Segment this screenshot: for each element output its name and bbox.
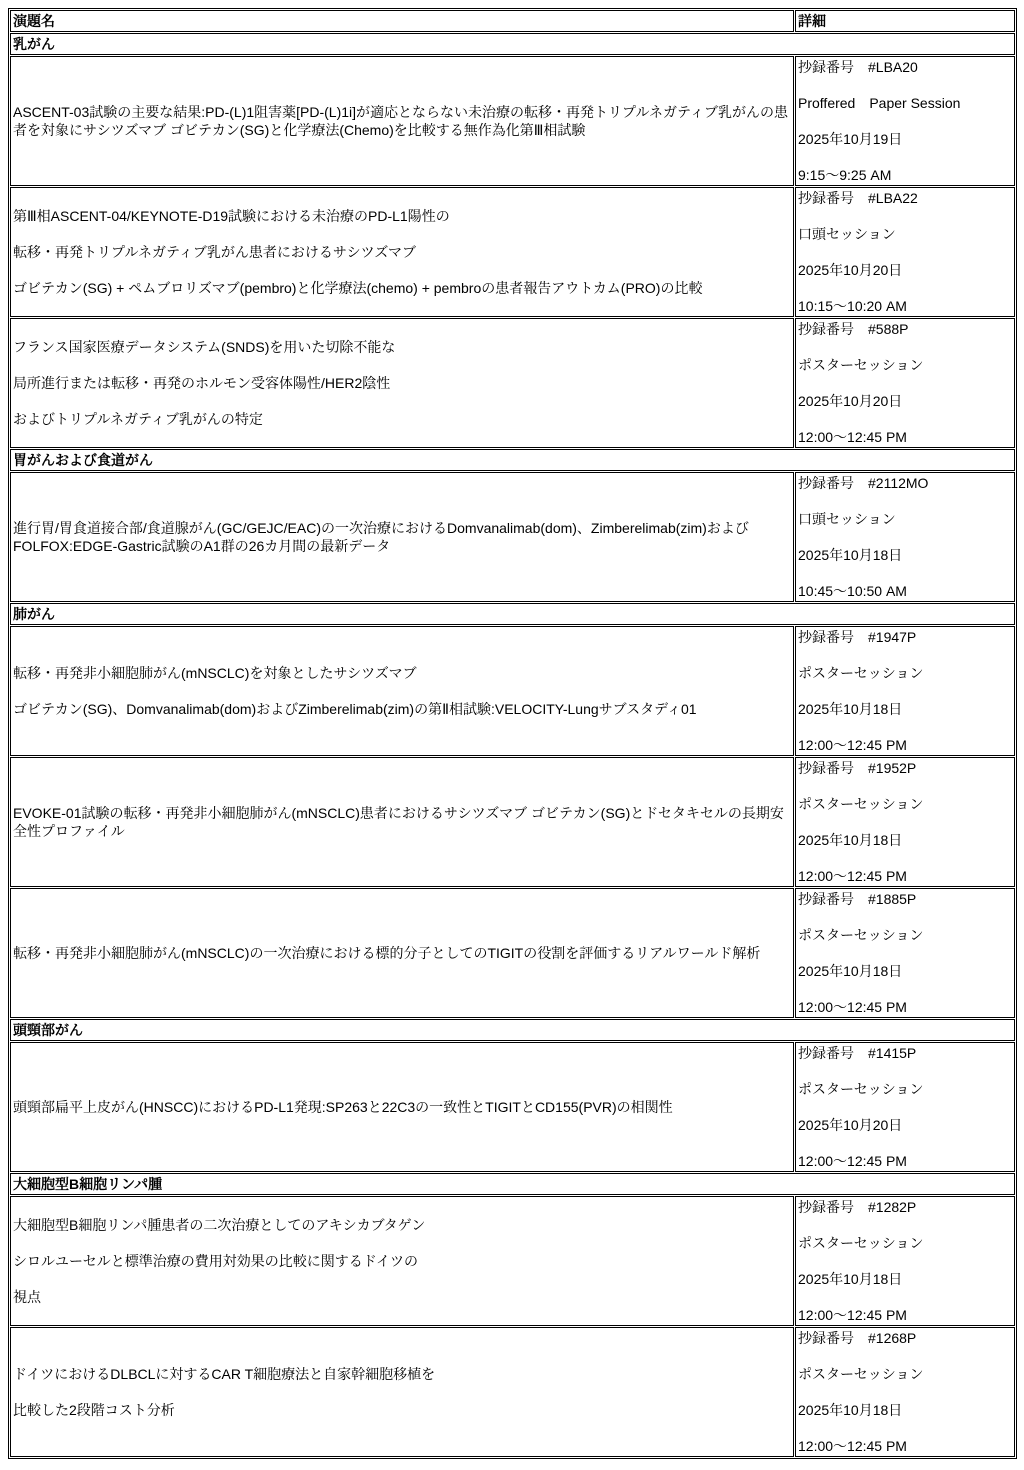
presentation-title: 転移・再発非小細胞肺がん(mNSCLC)の一次治療における標的分子としてのTIG… bbox=[10, 888, 794, 1018]
session-date: 2025年10月18日 bbox=[798, 1401, 1012, 1419]
presentation-details: 抄録番号 #1952Pポスターセッション2025年10月18日12:00〜12:… bbox=[795, 757, 1015, 887]
table-row: EVOKE-01試験の転移・再発非小細胞肺がん(mNSCLC)患者におけるサシツ… bbox=[10, 757, 1015, 887]
session-time: 12:00〜12:45 PM bbox=[798, 1152, 1012, 1170]
session-date: 2025年10月18日 bbox=[798, 700, 1012, 718]
session-time: 12:00〜12:45 PM bbox=[798, 1437, 1012, 1455]
section-header: 胃がんおよび食道がん bbox=[10, 449, 1015, 471]
session-type: 口頭セッション bbox=[798, 510, 1012, 528]
session-time: 12:00〜12:45 PM bbox=[798, 428, 1012, 446]
session-time: 12:00〜12:45 PM bbox=[798, 736, 1012, 754]
session-date: 2025年10月18日 bbox=[798, 962, 1012, 980]
presentation-details: 抄録番号 #1415Pポスターセッション2025年10月20日12:00〜12:… bbox=[795, 1042, 1015, 1172]
presentation-title: ASCENT-03試験の主要な結果:PD-(L)1阻害薬[PD-(L)1i]が適… bbox=[10, 56, 794, 186]
session-date: 2025年10月19日 bbox=[798, 130, 1012, 148]
table-row: ASCENT-03試験の主要な結果:PD-(L)1阻害薬[PD-(L)1i]が適… bbox=[10, 56, 1015, 186]
session-type: 口頭セッション bbox=[798, 225, 1012, 243]
section-row: 乳がん bbox=[10, 33, 1015, 55]
session-type: Proffered Paper Session bbox=[798, 94, 1012, 112]
table-row: 頭頸部扁平上皮がん(HNSCC)におけるPD-L1発現:SP263と22C3の一… bbox=[10, 1042, 1015, 1172]
table-row: フランス国家医療データシステム(SNDS)を用いた切除不能な 局所進行または転移… bbox=[10, 318, 1015, 448]
session-time: 10:15〜10:20 AM bbox=[798, 297, 1012, 315]
abstract-table: 演題名 詳細 乳がんASCENT-03試験の主要な結果:PD-(L)1阻害薬[P… bbox=[8, 8, 1017, 1459]
session-date: 2025年10月20日 bbox=[798, 392, 1012, 410]
presentation-details: 抄録番号 #1947Pポスターセッション2025年10月18日12:00〜12:… bbox=[795, 626, 1015, 756]
session-date: 2025年10月20日 bbox=[798, 1116, 1012, 1134]
table-row: 大細胞型B細胞リンパ腫患者の二次治療としてのアキシカブタゲン シロルユーセルと標… bbox=[10, 1196, 1015, 1326]
section-header: 大細胞型B細胞リンパ腫 bbox=[10, 1173, 1015, 1195]
abstract-number: 抄録番号 #1885P bbox=[798, 890, 1012, 908]
session-time: 12:00〜12:45 PM bbox=[798, 998, 1012, 1016]
table-row: 進行胃/胃食道接合部/食道腺がん(GC/GEJC/EAC)の一次治療におけるDo… bbox=[10, 472, 1015, 602]
section-row: 肺がん bbox=[10, 603, 1015, 625]
abstract-number: 抄録番号 #1415P bbox=[798, 1044, 1012, 1062]
presentation-details: 抄録番号 #2112MO口頭セッション2025年10月18日10:45〜10:5… bbox=[795, 472, 1015, 602]
table-row: ドイツにおけるDLBCLに対するCAR T細胞療法と自家幹細胞移植を 比較した2… bbox=[10, 1327, 1015, 1457]
session-type: ポスターセッション bbox=[798, 926, 1012, 944]
presentation-title: 第Ⅲ相ASCENT-04/KEYNOTE-D19試験における未治療のPD-L1陽… bbox=[10, 187, 794, 317]
abstract-number: 抄録番号 #1947P bbox=[798, 628, 1012, 646]
session-type: ポスターセッション bbox=[798, 1365, 1012, 1383]
section-row: 頭頸部がん bbox=[10, 1019, 1015, 1041]
section-row: 胃がんおよび食道がん bbox=[10, 449, 1015, 471]
session-type: ポスターセッション bbox=[798, 1080, 1012, 1098]
presentation-title: 転移・再発非小細胞肺がん(mNSCLC)を対象としたサシツズマブ ゴビテカン(S… bbox=[10, 626, 794, 756]
presentation-details: 抄録番号 #588Pポスターセッション2025年10月20日12:00〜12:4… bbox=[795, 318, 1015, 448]
section-header: 頭頸部がん bbox=[10, 1019, 1015, 1041]
column-header-details: 詳細 bbox=[795, 10, 1015, 32]
session-type: ポスターセッション bbox=[798, 795, 1012, 813]
session-time: 12:00〜12:45 PM bbox=[798, 1306, 1012, 1324]
presentation-details: 抄録番号 #1885Pポスターセッション2025年10月18日12:00〜12:… bbox=[795, 888, 1015, 1018]
abstract-number: 抄録番号 #LBA20 bbox=[798, 58, 1012, 76]
table-header-row: 演題名 詳細 bbox=[10, 10, 1015, 32]
presentation-details: 抄録番号 #1268Pポスターセッション2025年10月18日12:00〜12:… bbox=[795, 1327, 1015, 1457]
section-header: 肺がん bbox=[10, 603, 1015, 625]
presentation-title: ドイツにおけるDLBCLに対するCAR T細胞療法と自家幹細胞移植を 比較した2… bbox=[10, 1327, 794, 1457]
session-date: 2025年10月18日 bbox=[798, 1270, 1012, 1288]
presentation-title: フランス国家医療データシステム(SNDS)を用いた切除不能な 局所進行または転移… bbox=[10, 318, 794, 448]
abstract-number: 抄録番号 #1952P bbox=[798, 759, 1012, 777]
presentation-details: 抄録番号 #LBA22口頭セッション2025年10月20日10:15〜10:20… bbox=[795, 187, 1015, 317]
presentation-title: EVOKE-01試験の転移・再発非小細胞肺がん(mNSCLC)患者におけるサシツ… bbox=[10, 757, 794, 887]
table-row: 第Ⅲ相ASCENT-04/KEYNOTE-D19試験における未治療のPD-L1陽… bbox=[10, 187, 1015, 317]
table-row: 転移・再発非小細胞肺がん(mNSCLC)を対象としたサシツズマブ ゴビテカン(S… bbox=[10, 626, 1015, 756]
session-type: ポスターセッション bbox=[798, 664, 1012, 682]
presentation-title: 頭頸部扁平上皮がん(HNSCC)におけるPD-L1発現:SP263と22C3の一… bbox=[10, 1042, 794, 1172]
presentation-details: 抄録番号 #LBA20Proffered Paper Session2025年1… bbox=[795, 56, 1015, 186]
abstract-number: 抄録番号 #LBA22 bbox=[798, 189, 1012, 207]
abstract-table-body: 演題名 詳細 乳がんASCENT-03試験の主要な結果:PD-(L)1阻害薬[P… bbox=[10, 10, 1015, 1457]
section-header: 乳がん bbox=[10, 33, 1015, 55]
abstract-number: 抄録番号 #1282P bbox=[798, 1198, 1012, 1216]
presentation-title: 進行胃/胃食道接合部/食道腺がん(GC/GEJC/EAC)の一次治療におけるDo… bbox=[10, 472, 794, 602]
session-type: ポスターセッション bbox=[798, 356, 1012, 374]
session-date: 2025年10月18日 bbox=[798, 831, 1012, 849]
session-time: 10:45〜10:50 AM bbox=[798, 582, 1012, 600]
session-date: 2025年10月20日 bbox=[798, 261, 1012, 279]
section-row: 大細胞型B細胞リンパ腫 bbox=[10, 1173, 1015, 1195]
abstract-number: 抄録番号 #588P bbox=[798, 320, 1012, 338]
column-header-title: 演題名 bbox=[10, 10, 794, 32]
presentation-title: 大細胞型B細胞リンパ腫患者の二次治療としてのアキシカブタゲン シロルユーセルと標… bbox=[10, 1196, 794, 1326]
session-type: ポスターセッション bbox=[798, 1234, 1012, 1252]
session-time: 9:15〜9:25 AM bbox=[798, 166, 1012, 184]
session-date: 2025年10月18日 bbox=[798, 546, 1012, 564]
abstract-number: 抄録番号 #1268P bbox=[798, 1329, 1012, 1347]
presentation-details: 抄録番号 #1282Pポスターセッション2025年10月18日12:00〜12:… bbox=[795, 1196, 1015, 1326]
table-row: 転移・再発非小細胞肺がん(mNSCLC)の一次治療における標的分子としてのTIG… bbox=[10, 888, 1015, 1018]
session-time: 12:00〜12:45 PM bbox=[798, 867, 1012, 885]
abstract-number: 抄録番号 #2112MO bbox=[798, 474, 1012, 492]
